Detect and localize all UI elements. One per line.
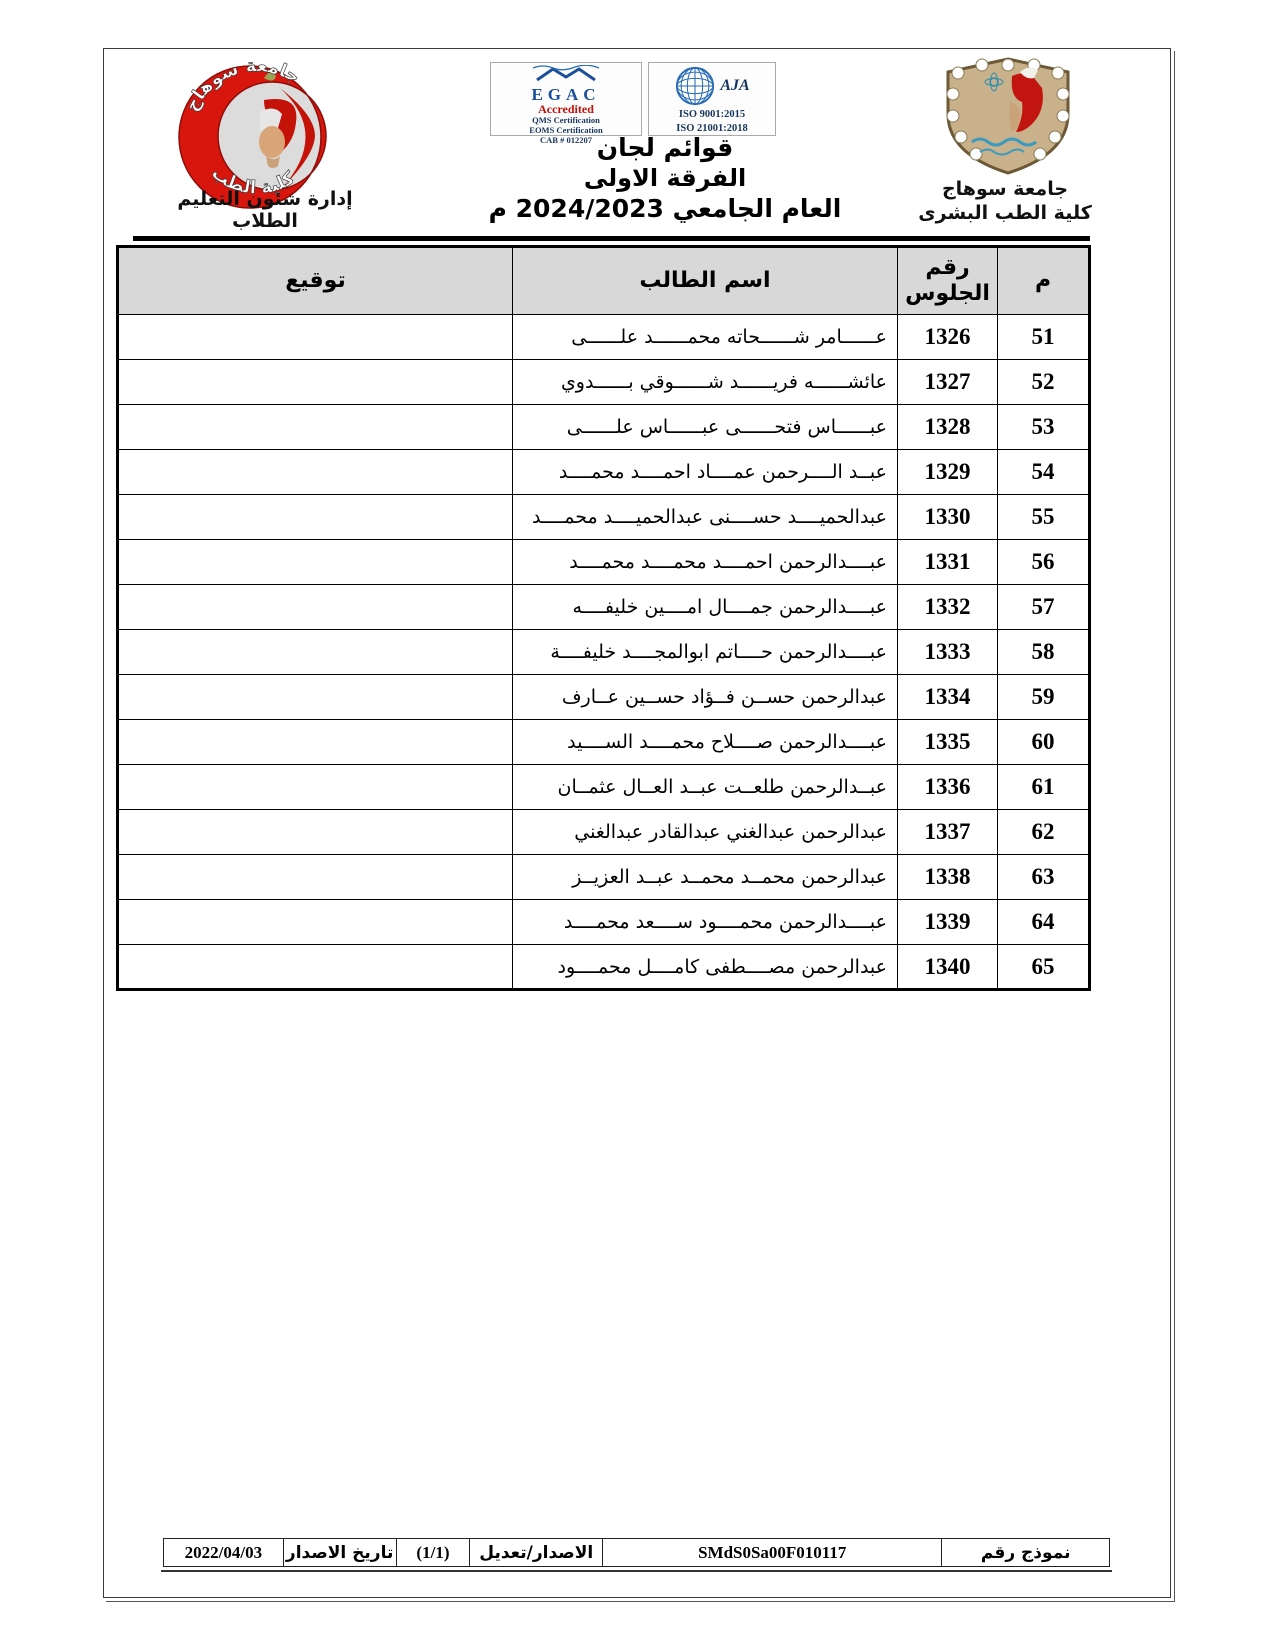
issue-date-value: 2022/04/03 <box>164 1539 283 1566</box>
table-row: 651340عبدالرحمن مصــــطفى كامــــل محمــ… <box>118 945 1090 990</box>
seat-number: 1326 <box>898 315 998 360</box>
signature-cell <box>118 315 513 360</box>
row-number: 56 <box>998 540 1090 585</box>
row-number: 63 <box>998 855 1090 900</box>
header-number: م <box>998 247 1090 315</box>
signature-cell <box>118 540 513 585</box>
table-row: 571332عبــــدالرحمن جمــــال امــــين خل… <box>118 585 1090 630</box>
student-name: عبدالرحمن حســن فــؤاد حســين عــارف <box>513 675 898 720</box>
student-name: عبــدالرحمن طلعــت عبــد العــال عثمــان <box>513 765 898 810</box>
row-number: 53 <box>998 405 1090 450</box>
table-row: 581333عبــــدالرحمن حــــاتم ابوالمجــــ… <box>118 630 1090 675</box>
signature-cell <box>118 765 513 810</box>
student-name: عائشــــــه فريــــــد شــــــوقي بـــــ… <box>513 360 898 405</box>
table-row: 621337عبدالرحمن عبدالغني عبدالقادر عبدال… <box>118 810 1090 855</box>
header-student-name: اسم الطالب <box>513 247 898 315</box>
table-header-row: م رقم الجلوس اسم الطالب توقيع <box>118 247 1090 315</box>
row-number: 60 <box>998 720 1090 765</box>
table-row: 631338عبدالرحمن محمــد محمــد عبــد العز… <box>118 855 1090 900</box>
table-row: 641339عبــــدالرحمن محمــــود ســــعد مح… <box>118 900 1090 945</box>
signature-cell <box>118 585 513 630</box>
student-name: عبــــــاس فتحــــــى عبــــــاس علـــــ… <box>513 405 898 450</box>
row-number: 58 <box>998 630 1090 675</box>
form-number-label: نموذج رقم <box>941 1539 1109 1566</box>
student-name: عبدالحميــــد حســــنى عبدالحميــــد محم… <box>513 495 898 540</box>
signature-cell <box>118 360 513 405</box>
seat-number: 1333 <box>898 630 998 675</box>
table-row: 541329عبــد الــــرحمن عمــــاد احمــــد… <box>118 450 1090 495</box>
aja-iso-line-1: ISO 9001:2015 <box>649 108 775 121</box>
row-number: 65 <box>998 945 1090 990</box>
seat-number: 1331 <box>898 540 998 585</box>
student-name: عبدالرحمن محمــد محمــد عبــد العزيــز <box>513 855 898 900</box>
seat-number: 1328 <box>898 405 998 450</box>
form-footer-bar: نموذج رقم SMdS0Sa00F010117 الاصدار/تعديل… <box>163 1538 1110 1567</box>
aja-certification-logo: AJA ISO 9001:2015 ISO 21001:2018 <box>648 62 776 136</box>
student-name: عبدالرحمن مصــــطفى كامــــل محمــــود <box>513 945 898 990</box>
egac-name: EGAC <box>491 86 641 103</box>
aja-name: AJA <box>720 77 749 95</box>
table-row: 521327عائشــــــه فريــــــد شــــــوقي … <box>118 360 1090 405</box>
row-number: 59 <box>998 675 1090 720</box>
egac-accreditation-logo: EGAC Accredited QMS Certification EOMS C… <box>490 62 642 136</box>
aja-globe-icon <box>674 65 716 107</box>
signature-cell <box>118 855 513 900</box>
signature-cell <box>118 810 513 855</box>
seat-number: 1327 <box>898 360 998 405</box>
student-name: عبدالرحمن عبدالغني عبدالقادر عبدالغني <box>513 810 898 855</box>
seat-number: 1334 <box>898 675 998 720</box>
faculty-name: كلية الطب البشرى <box>905 202 1105 226</box>
table-row: 561331عبــــدالرحمن احمــــد محمــــد مح… <box>118 540 1090 585</box>
table-row: 601335عبــــدالرحمن صــــلاح محمــــد ال… <box>118 720 1090 765</box>
row-number: 52 <box>998 360 1090 405</box>
seat-number: 1335 <box>898 720 998 765</box>
student-name: عــــــامر شــــــحاته محمــــــد علــــ… <box>513 315 898 360</box>
revision-label: الاصدار/تعديل <box>469 1539 602 1566</box>
table-row: 511326عــــــامر شــــــحاته محمــــــد … <box>118 315 1090 360</box>
header-signature: توقيع <box>118 247 513 315</box>
signature-cell <box>118 675 513 720</box>
university-name: جامعة سوهاج <box>905 178 1105 202</box>
egac-roof-icon <box>531 65 601 81</box>
document-titles: قوائم لجان الفرقة الاولى العام الجامعي 2… <box>455 133 875 224</box>
student-name: عبــــدالرحمن صــــلاح محمــــد الســــي… <box>513 720 898 765</box>
department-name: إدارة شئون التعليم الطلاب <box>150 188 380 232</box>
revision-value: (1/1) <box>396 1539 470 1566</box>
title-committee-lists: قوائم لجان <box>455 133 875 163</box>
signature-cell <box>118 405 513 450</box>
row-number: 64 <box>998 900 1090 945</box>
student-name: عبــــدالرحمن حــــاتم ابوالمجــــد خليف… <box>513 630 898 675</box>
seat-number: 1336 <box>898 765 998 810</box>
form-code: SMdS0Sa00F010117 <box>602 1539 941 1566</box>
row-number: 55 <box>998 495 1090 540</box>
signature-cell <box>118 630 513 675</box>
issue-date-label: تاريخ الاصدار <box>283 1539 396 1566</box>
student-name: عبــــدالرحمن احمــــد محمــــد محمــــد <box>513 540 898 585</box>
student-name: عبــــدالرحمن محمــــود ســــعد محمــــد <box>513 900 898 945</box>
row-number: 62 <box>998 810 1090 855</box>
row-number: 61 <box>998 765 1090 810</box>
header-seat-number: رقم الجلوس <box>898 247 998 315</box>
committee-roster-table: م رقم الجلوس اسم الطالب توقيع 511326عـــ… <box>116 245 1091 991</box>
student-name: عبــــدالرحمن جمــــال امــــين خليفــــ… <box>513 585 898 630</box>
student-name: عبــد الــــرحمن عمــــاد احمــــد محمــ… <box>513 450 898 495</box>
row-number: 54 <box>998 450 1090 495</box>
table-row: 611336عبــدالرحمن طلعــت عبــد العــال ع… <box>118 765 1090 810</box>
signature-cell <box>118 495 513 540</box>
signature-cell <box>118 450 513 495</box>
signature-cell <box>118 900 513 945</box>
title-first-year: الفرقة الاولى <box>455 163 875 193</box>
signature-cell <box>118 720 513 765</box>
row-number: 51 <box>998 315 1090 360</box>
signature-cell <box>118 945 513 990</box>
seat-number: 1330 <box>898 495 998 540</box>
seat-number: 1337 <box>898 810 998 855</box>
seat-number: 1329 <box>898 450 998 495</box>
title-academic-year: العام الجامعي 2024/2023 م <box>455 193 875 224</box>
header-separator-line <box>133 236 1090 241</box>
row-number: 57 <box>998 585 1090 630</box>
table-row: 591334عبدالرحمن حســن فــؤاد حســين عــا… <box>118 675 1090 720</box>
university-faculty-name: جامعة سوهاج كلية الطب البشرى <box>905 178 1105 226</box>
seat-number: 1339 <box>898 900 998 945</box>
table-row: 531328عبــــــاس فتحــــــى عبــــــاس ع… <box>118 405 1090 450</box>
table-row: 551330عبدالحميــــد حســــنى عبدالحميـــ… <box>118 495 1090 540</box>
university-shield-logo <box>928 56 1088 176</box>
seat-number: 1338 <box>898 855 998 900</box>
seat-number: 1332 <box>898 585 998 630</box>
seat-number: 1340 <box>898 945 998 990</box>
